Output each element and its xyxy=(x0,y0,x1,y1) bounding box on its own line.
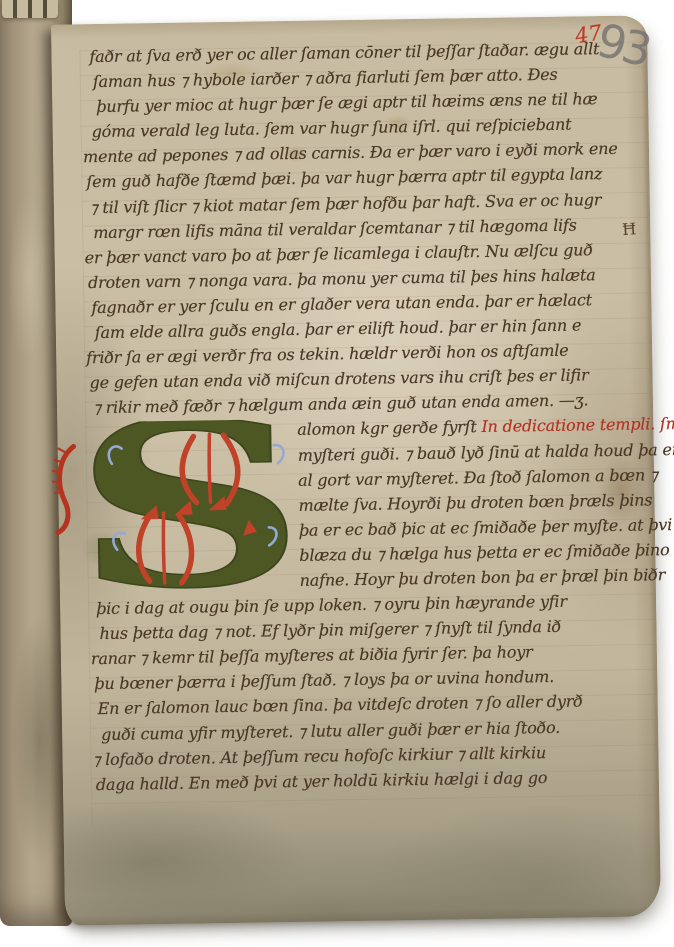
body-text: guði cuma yfir myſteret. ⁊ lutu aller gu… xyxy=(101,717,560,743)
page-edge-tabs xyxy=(2,0,58,18)
text-block: faðr at ſva erð yer oc aller ſaman cōner… xyxy=(81,35,655,797)
body-text: mælte ſva. Hoyrði þu droten bœn þræls þi… xyxy=(298,490,652,515)
red-paraph-mark xyxy=(47,440,83,541)
body-text: nafne. Hoyr þu droten bon þa er þræl þin… xyxy=(300,565,666,590)
body-text: al gort var myſteret. Ða ſtoð ſalomon a … xyxy=(298,465,658,490)
body-text: blæza du ⁊ hælga hus þetta er ec ſmiðaðe… xyxy=(299,540,669,565)
manuscript-page: 47 93 Ħ S xyxy=(51,15,661,925)
body-text: ranar ⁊ kemr til þeſſa myſteres at biðia… xyxy=(91,643,533,669)
body-text: En er ſalomon lauc bœn ſina. þa vitdeſc … xyxy=(98,692,583,719)
rubric-text: In dedicatione templi. ſmo. xyxy=(481,414,674,436)
manuscript-photo: 47 93 Ħ S xyxy=(0,0,674,947)
body-text: myſteri guði. ⁊ bauð lyð ſinū at halda h… xyxy=(298,439,674,464)
body-text: daga halld. En með þvi at yer holdū kirk… xyxy=(96,768,548,794)
body-text: þa er ec bað þic at ec ſmiðaðe þer myſte… xyxy=(299,515,672,540)
body-text: alomon kgr gerðe fyrſt xyxy=(297,417,481,439)
body-text: ⁊ lofaðo droten. At þeſſum recu hofoſc k… xyxy=(92,743,546,769)
